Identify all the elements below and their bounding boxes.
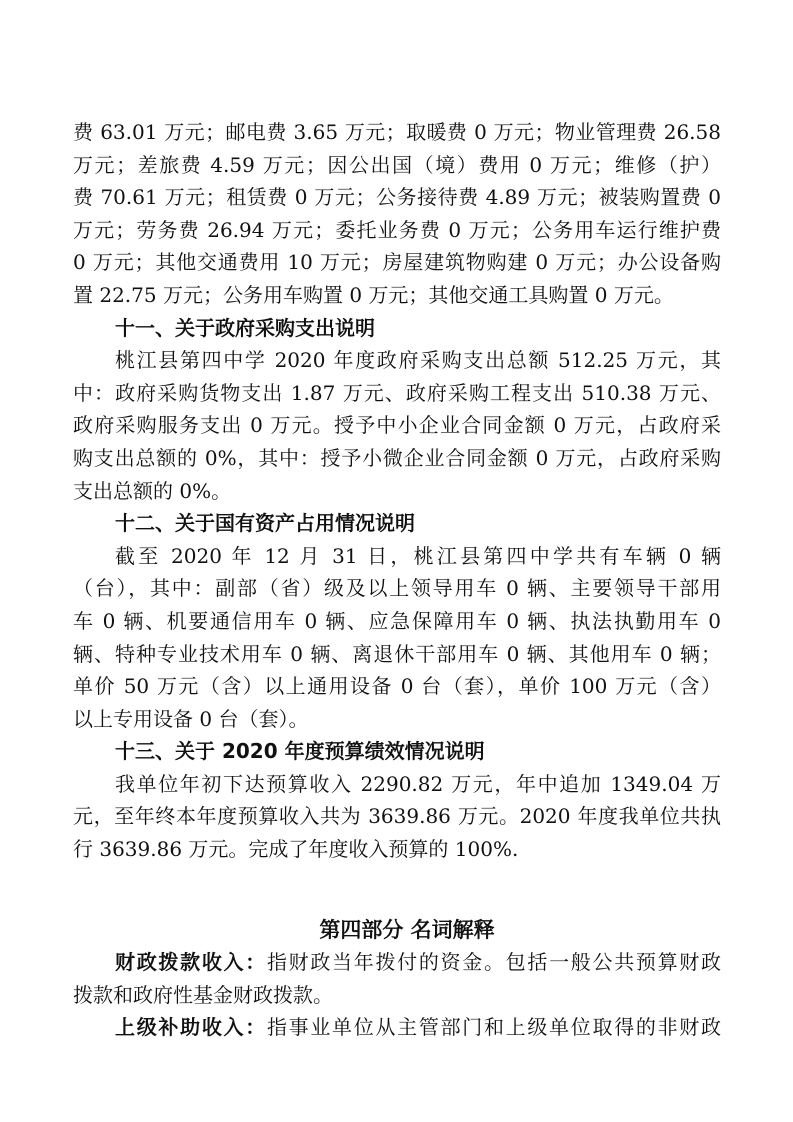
- text-line: 车 0 辆、机要通信用车 0 辆、应急保障用车 0 辆、执法执勤用车 0: [73, 605, 721, 638]
- text-line: 万元；差旅费 4.59 万元；因公出国（境）费用 0 万元；维修（护）: [73, 149, 721, 182]
- text-line: 政府采购服务支出 0 万元。授予中小企业合同金额 0 万元，占政府采: [73, 409, 721, 442]
- text-line: 以上专用设备 0 台（套）。: [73, 703, 721, 736]
- section-spacer: [73, 866, 721, 914]
- text-line: 购支出总额的 0%，其中：授予小微企业合同金额 0 万元，占政府采购: [73, 442, 721, 475]
- expense-breakdown-paragraph: 费 63.01 万元；邮电费 3.65 万元；取暖费 0 万元；物业管理费 26…: [73, 116, 721, 312]
- document-page: 费 63.01 万元；邮电费 3.65 万元；取暖费 0 万元；物业管理费 26…: [73, 116, 721, 1044]
- term-label: 上级补助收入：: [115, 1015, 267, 1039]
- text-line: 行 3639.86 万元。完成了年度收入预算的 100%.: [73, 833, 721, 866]
- section-heading-budget-performance: 十三、关于 2020 年度预算绩效情况说明: [73, 735, 721, 768]
- text-line: 费 63.01 万元；邮电费 3.65 万元；取暖费 0 万元；物业管理费 26…: [73, 116, 721, 149]
- procurement-paragraph: 桃江县第四中学 2020 年度政府采购支出总额 512.25 万元，其 中：政府…: [73, 344, 721, 507]
- term-definition: 指财政当年拨付的资金。包括一般公共预算财政: [267, 950, 721, 974]
- section-heading-procurement: 十一、关于政府采购支出说明: [73, 312, 721, 345]
- text-line: 支出总额的 0%。: [73, 475, 721, 508]
- text-line: 桃江县第四中学 2020 年度政府采购支出总额 512.25 万元，其: [73, 344, 721, 377]
- text-line: 上级补助收入：指事业单位从主管部门和上级单位取得的非财政: [73, 1011, 721, 1044]
- text-line: 单价 50 万元（含）以上通用设备 0 台（套），单价 100 万元（含）: [73, 670, 721, 703]
- text-line: 我单位年初下达预算收入 2290.82 万元，年中追加 1349.04 万: [73, 768, 721, 801]
- text-line: 辆、特种专业技术用车 0 辆、离退休干部用车 0 辆、其他用车 0 辆；: [73, 638, 721, 671]
- text-line: 费 70.61 万元；租赁费 0 万元；公务接待费 4.89 万元；被装购置费 …: [73, 181, 721, 214]
- text-line: 截至 2020 年 12 月 31 日，桃江县第四中学共有车辆 0 辆: [73, 540, 721, 573]
- text-line: 财政拨款收入：指财政当年拨付的资金。包括一般公共预算财政: [73, 946, 721, 979]
- text-line: 0 万元；其他交通费用 10 万元；房屋建筑物购建 0 万元；办公设备购: [73, 246, 721, 279]
- text-line: 拨款和政府性基金财政拨款。: [73, 979, 721, 1012]
- term-definition: 指事业单位从主管部门和上级单位取得的非财政: [267, 1015, 721, 1039]
- text-line: （台），其中：副部（省）级及以上领导用车 0 辆、主要领导干部用: [73, 572, 721, 605]
- glossary-term-fiscal-appropriation: 财政拨款收入：指财政当年拨付的资金。包括一般公共预算财政 拨款和政府性基金财政拨…: [73, 946, 721, 1011]
- state-assets-paragraph: 截至 2020 年 12 月 31 日，桃江县第四中学共有车辆 0 辆 （台），…: [73, 540, 721, 736]
- section-heading-state-assets: 十二、关于国有资产占用情况说明: [73, 507, 721, 540]
- part-title-glossary: 第四部分 名词解释: [73, 914, 721, 947]
- text-line: 元，至年终本年度预算收入共为 3639.86 万元。2020 年度我单位共执: [73, 800, 721, 833]
- term-label: 财政拨款收入：: [115, 950, 267, 974]
- text-line: 中：政府采购货物支出 1.87 万元、政府采购工程支出 510.38 万元、: [73, 377, 721, 410]
- text-line: 万元；劳务费 26.94 万元；委托业务费 0 万元；公务用车运行维护费: [73, 214, 721, 247]
- budget-performance-paragraph: 我单位年初下达预算收入 2290.82 万元，年中追加 1349.04 万 元，…: [73, 768, 721, 866]
- text-line: 置 22.75 万元；公务用车购置 0 万元；其他交通工具购置 0 万元。: [73, 279, 721, 312]
- glossary-term-superior-subsidy: 上级补助收入：指事业单位从主管部门和上级单位取得的非财政: [73, 1011, 721, 1044]
